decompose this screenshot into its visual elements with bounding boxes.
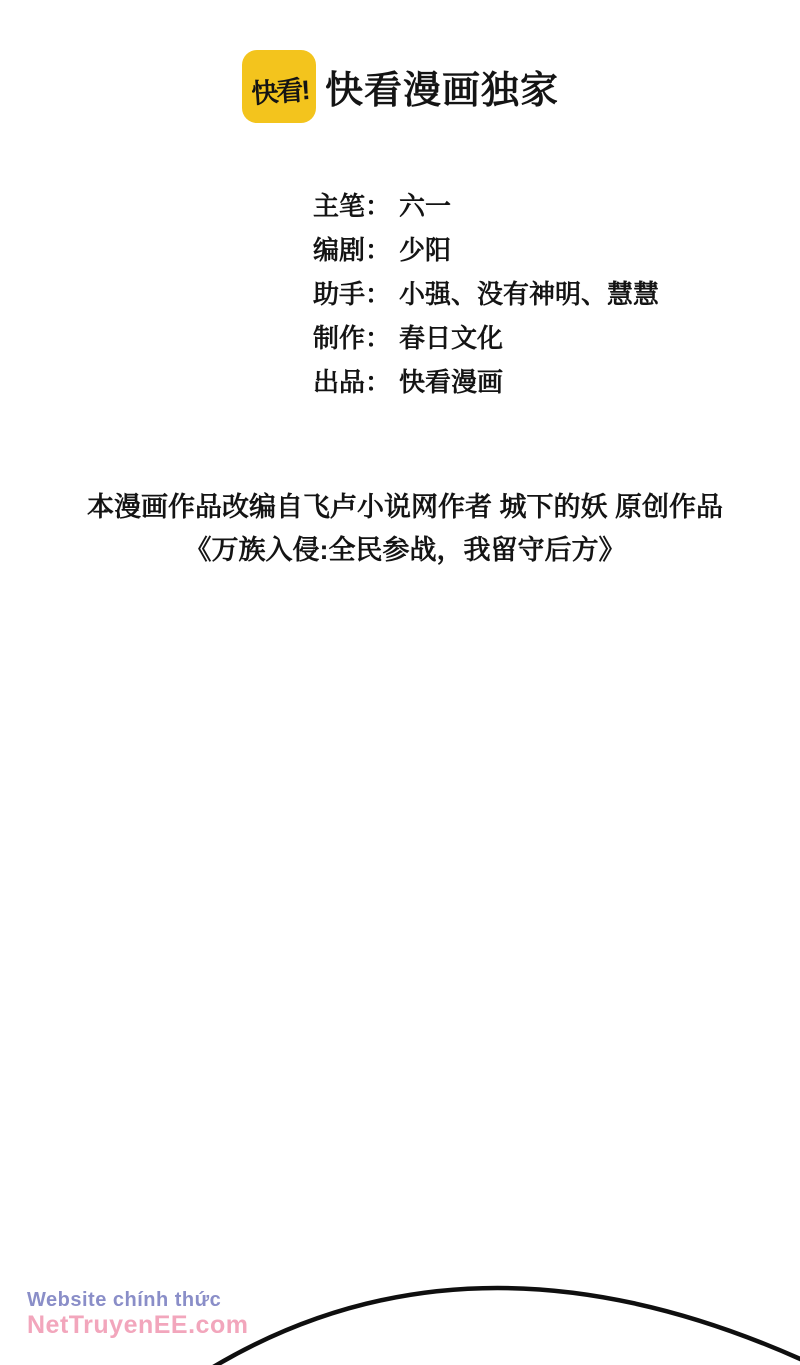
credit-row-artist: 主笔：六一: [313, 184, 659, 228]
credit-label: 主笔：: [313, 191, 391, 221]
kuaikan-logo-text: 快看!: [249, 68, 309, 111]
credit-row-screenwriter: 编剧：少阳: [313, 228, 659, 272]
adaptation-notice: 本漫画作品改编自飞卢小说网作者 城下的妖 原创作品 《万族入侵:全民参战，我留守…: [10, 486, 800, 572]
credit-label: 制作：: [313, 323, 391, 353]
credit-row-production: 制作：春日文化: [313, 316, 659, 360]
credit-value: 小强、没有神明、慧慧: [399, 279, 659, 309]
credit-row-assistants: 助手：小强、没有神明、慧慧: [313, 272, 659, 316]
comic-credits-page: 快看! 快看漫画独家 主笔：六一 编剧：少阳 助手：小强、没有神明、慧慧 制作：…: [0, 0, 800, 1365]
adaptation-title-line: 《万族入侵:全民参战，我留守后方》: [10, 529, 800, 572]
credit-value: 快看漫画: [399, 367, 503, 397]
credit-row-publisher: 出品：快看漫画: [313, 360, 659, 404]
credit-value: 少阳: [399, 235, 451, 265]
arc-curve: [205, 1288, 800, 1365]
brand-title: 快看漫画独家: [325, 59, 559, 114]
credit-value: 六一: [399, 191, 451, 221]
adaptation-source-line: 本漫画作品改编自飞卢小说网作者 城下的妖 原创作品: [10, 486, 800, 529]
credits-list: 主笔：六一 编剧：少阳 助手：小强、没有神明、慧慧 制作：春日文化 出品：快看漫…: [313, 184, 659, 404]
credit-label: 编剧：: [313, 235, 391, 265]
credit-label: 助手：: [313, 279, 391, 309]
credit-value: 春日文化: [399, 323, 503, 353]
brand-header: 快看! 快看漫画独家: [242, 50, 559, 123]
panel-arc-artwork: [0, 1230, 800, 1365]
kuaikan-logo-badge: 快看!: [242, 50, 316, 123]
credit-label: 出品：: [313, 367, 391, 397]
